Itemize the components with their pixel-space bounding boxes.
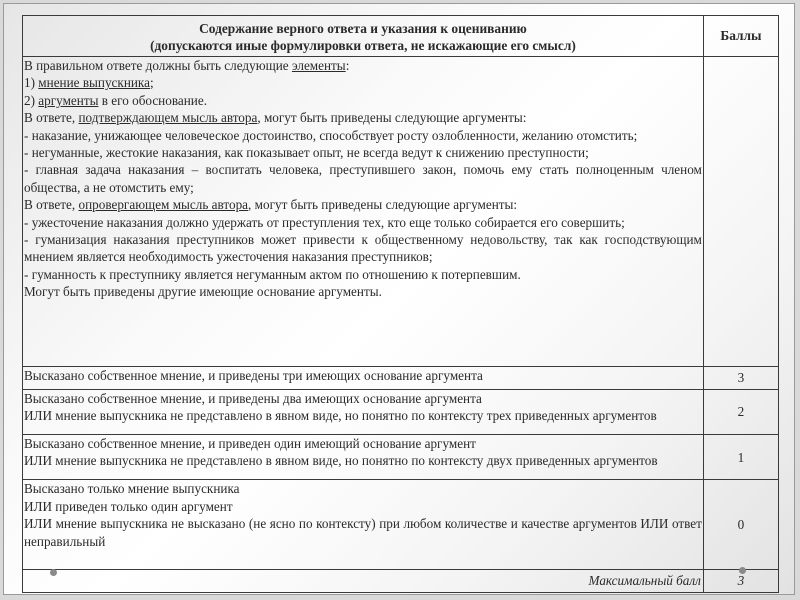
refute-prefix: В ответе, — [24, 197, 79, 212]
score-row-2: Высказано собственное мнение, и приведен… — [23, 389, 779, 434]
header-row: Содержание верного ответа и указания к о… — [23, 16, 779, 57]
header-subtitle: (допускаются иные формулировки ответа, н… — [24, 37, 702, 54]
criteria-points-cell — [703, 57, 778, 367]
header-points-cell: Баллы — [703, 16, 778, 57]
intro-prefix: В правильном ответе должны быть следующи… — [24, 58, 292, 73]
score-description: Высказано только мнение выпускника ИЛИ п… — [23, 480, 704, 569]
element-1-text: мнение выпускника — [38, 75, 150, 90]
confirm-heading: В ответе, подтверждающем мысль автора, м… — [24, 109, 702, 126]
grading-table: Содержание верного ответа и указания к о… — [22, 15, 779, 593]
score-points: 0 — [703, 480, 778, 569]
header-content-cell: Содержание верного ответа и указания к о… — [23, 16, 704, 57]
element-1-number: 1) — [24, 75, 38, 90]
score-line: ИЛИ мнение выпускника не представлено в … — [24, 452, 702, 469]
criteria-cell: В правильном ответе должны быть следующи… — [23, 57, 704, 367]
score-line: ИЛИ мнение выпускника не высказано (не я… — [24, 515, 702, 550]
score-points: 3 — [703, 366, 778, 389]
confirm-arg: - наказание, унижающее человеческое дост… — [24, 127, 702, 144]
refute-arg: - гуманизация наказания преступников мож… — [24, 231, 702, 266]
score-row-0: Высказано только мнение выпускника ИЛИ п… — [23, 480, 779, 569]
intro-suffix: : — [346, 58, 350, 73]
element-1: 1) мнение выпускника; — [24, 74, 702, 91]
element-2-text: аргументы — [38, 93, 98, 108]
intro-line: В правильном ответе должны быть следующи… — [24, 57, 702, 74]
confirm-suffix: , могут быть приведены следующие аргумен… — [257, 110, 526, 125]
other-args-note: Могут быть приведены другие имеющие осно… — [24, 283, 702, 300]
refute-author-thought: опровергающем мысль автора — [79, 197, 249, 212]
criteria-row: В правильном ответе должны быть следующи… — [23, 57, 779, 367]
element-2: 2) аргументы в его обоснование. — [24, 92, 702, 109]
element-1-suffix: ; — [150, 75, 154, 90]
score-row-1: Высказано собственное мнение, и приведен… — [23, 435, 779, 480]
confirm-arg: - главная задача наказания – воспитать ч… — [24, 161, 702, 196]
score-points: 2 — [703, 389, 778, 434]
refute-suffix: , могут быть приведены следующие аргумен… — [248, 197, 517, 212]
score-line: Высказано собственное мнение, и приведен… — [24, 367, 702, 384]
score-line: ИЛИ мнение выпускника не представлено в … — [24, 407, 702, 424]
max-score-label: Максимальный балл — [23, 569, 704, 592]
score-description: Высказано собственное мнение, и приведен… — [23, 435, 704, 480]
score-description: Высказано собственное мнение, и приведен… — [23, 389, 704, 434]
header-title: Содержание верного ответа и указания к о… — [24, 20, 702, 37]
confirm-author-thought: подтверждающем мысль автора — [79, 110, 258, 125]
confirm-arg: - негуманные, жестокие наказания, как по… — [24, 144, 702, 161]
bullet-dot-icon — [739, 567, 746, 574]
refute-heading: В ответе, опровергающем мысль автора, мо… — [24, 196, 702, 213]
score-line: Высказано собственное мнение, и приведен… — [24, 435, 702, 452]
confirm-prefix: В ответе, — [24, 110, 79, 125]
score-points: 1 — [703, 435, 778, 480]
score-description: Высказано собственное мнение, и приведен… — [23, 366, 704, 389]
score-line: Высказано собственное мнение, и приведен… — [24, 390, 702, 407]
element-2-number: 2) — [24, 93, 38, 108]
max-score-row: Максимальный балл 3 — [23, 569, 779, 592]
score-row-3: Высказано собственное мнение, и приведен… — [23, 366, 779, 389]
bullet-dot-icon — [50, 569, 57, 576]
score-line: Высказано только мнение выпускника — [24, 480, 702, 497]
refute-arg: - гуманность к преступнику является негу… — [24, 266, 702, 283]
intro-elements: элементы — [292, 58, 346, 73]
refute-arg: - ужесточение наказания должно удержать … — [24, 214, 702, 231]
element-2-suffix: в его обоснование. — [98, 93, 207, 108]
score-line: ИЛИ приведен только один аргумент — [24, 498, 702, 515]
